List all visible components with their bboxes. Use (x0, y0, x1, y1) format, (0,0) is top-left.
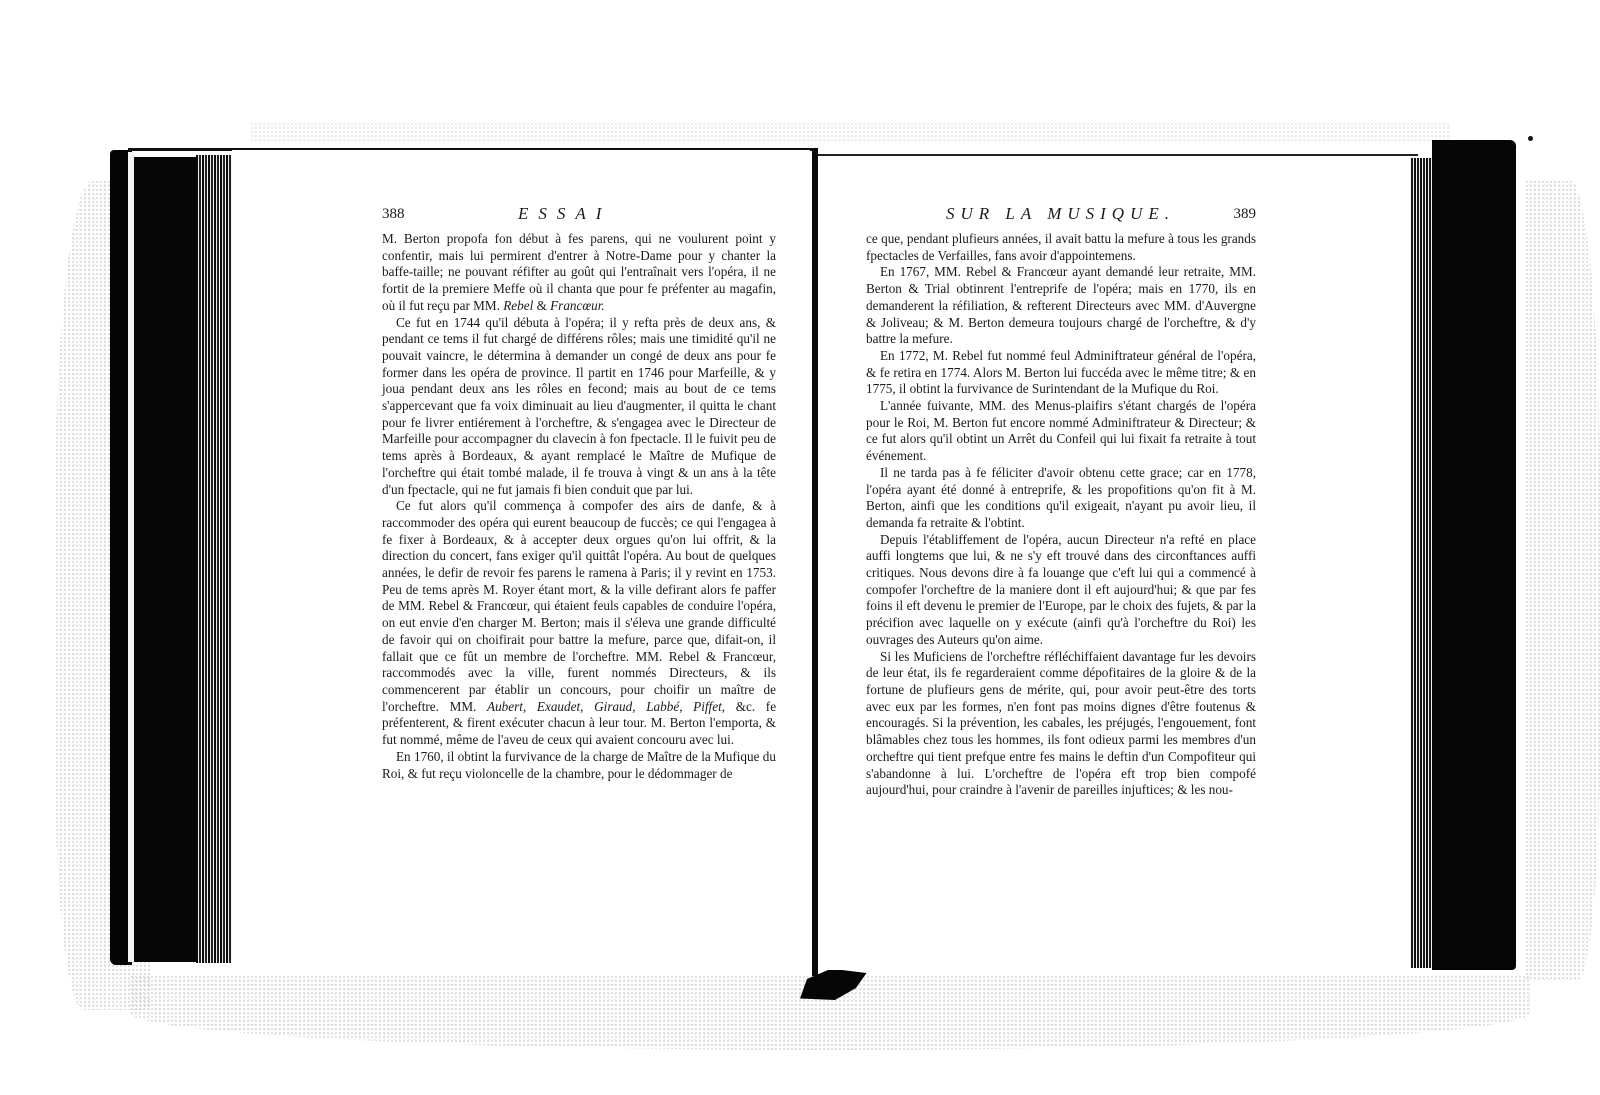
paragraph: L'année fuivante, MM. des Menus-plaifirs… (866, 398, 1256, 465)
paragraph: En 1760, il obtint la furvivance de la c… (382, 749, 776, 782)
text-run: , (523, 699, 537, 714)
right-page-header: SUR LA MUSIQUE. 389 (866, 206, 1256, 228)
text-run: En 1767, MM. Rebel & Francœur ayant dema… (866, 264, 1256, 346)
text-run: , (632, 699, 646, 714)
italic-name: Francœur. (550, 298, 605, 313)
page-number: 389 (1234, 206, 1257, 223)
book-gutter (812, 148, 818, 976)
paragraph: Ce fut alors qu'il commença à compofer d… (382, 498, 776, 749)
italic-name: Labbé (646, 699, 679, 714)
italic-name: Rebel (503, 298, 533, 313)
italic-name: Giraud (594, 699, 632, 714)
text-run: , (679, 699, 693, 714)
text-run: En 1772, M. Rebel fut nommé feul Adminif… (866, 348, 1256, 396)
paragraph: ce que, pendant plufieurs années, il ava… (866, 231, 1256, 264)
paragraph: Il ne tarda pas à fe féliciter d'avoir o… (866, 465, 1256, 532)
text-run: Ce fut alors qu'il commença à compofer d… (382, 498, 776, 713)
scan-speck (1528, 136, 1533, 141)
paragraph: M. Berton propofa fon début à fes parens… (382, 231, 776, 315)
left-page-header: 388 ESSAI (382, 206, 776, 228)
running-title: ESSAI (518, 204, 611, 224)
page-edges-right (1410, 158, 1432, 968)
text-run: L'année fuivante, MM. des Menus-plaifirs… (866, 398, 1256, 463)
text-run: , (580, 699, 594, 714)
text-run: En 1760, il obtint la furvivance de la c… (382, 749, 776, 781)
open-book: 388 ESSAI M. Berton propofa fon début à … (0, 0, 1600, 1095)
paragraph: En 1767, MM. Rebel & Francœur ayant dema… (866, 264, 1256, 348)
paragraph: Depuis l'établiffement de l'opéra, aucun… (866, 532, 1256, 649)
text-run: Ce fut en 1744 qu'il débuta à l'opéra; i… (382, 315, 776, 497)
page-edges-left (196, 155, 232, 963)
page-block-left (134, 157, 196, 962)
book-cover-right (1432, 140, 1516, 970)
text-run: Depuis l'établiffement de l'opéra, aucun… (866, 532, 1256, 647)
running-title: SUR LA MUSIQUE. (946, 204, 1175, 224)
top-edge-right (818, 154, 1418, 156)
italic-name: Piffet (693, 699, 722, 714)
text-run: Il ne tarda pas à fe féliciter d'avoir o… (866, 465, 1256, 530)
right-page-body: ce que, pendant plufieurs années, il ava… (866, 231, 1256, 799)
bookmark-ribbon (800, 970, 870, 1000)
text-run: & (533, 298, 550, 313)
page-number: 388 (382, 206, 405, 223)
paragraph: En 1772, M. Rebel fut nommé feul Adminif… (866, 348, 1256, 398)
text-run: Si les Muficiens de l'orcheftre réfléchi… (866, 649, 1256, 798)
paragraph: Ce fut en 1744 qu'il débuta à l'opéra; i… (382, 315, 776, 499)
paragraph: Si les Muficiens de l'orcheftre réfléchi… (866, 649, 1256, 799)
italic-name: Exaudet (537, 699, 580, 714)
text-run: ce que, pendant plufieurs années, il ava… (866, 231, 1256, 263)
left-page-body: M. Berton propofa fon début à fes parens… (382, 231, 776, 782)
italic-name: Aubert (487, 699, 523, 714)
